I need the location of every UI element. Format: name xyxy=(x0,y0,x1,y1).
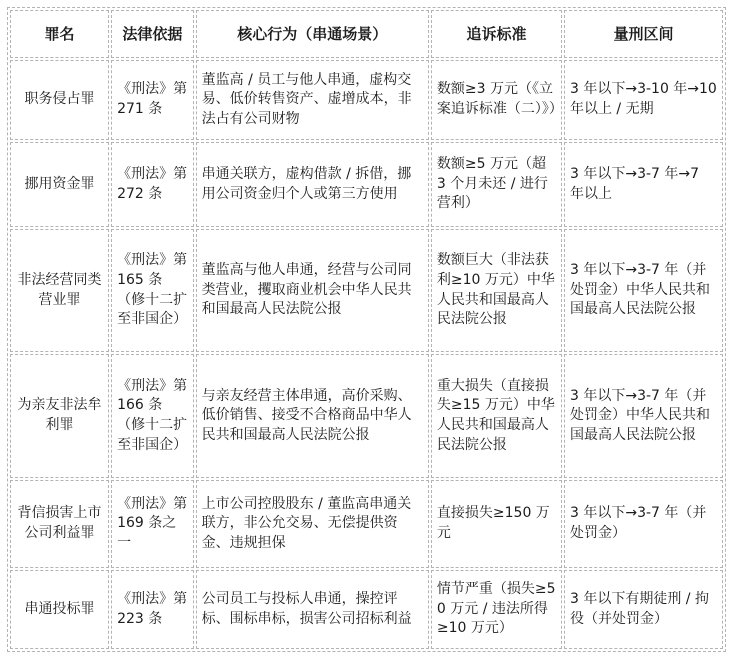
prosecution-standard-cell: 直接损失≥150 万元 xyxy=(431,480,562,568)
header-core-behavior: 核心行为（串通场景） xyxy=(196,10,429,58)
sentencing-range-cell: 3 年以下→3-7 年（并处罚金）中华人民共和国最高人民法院公报 xyxy=(564,229,723,352)
table-row: 背信损害上市公司利益罪 《刑法》第 169 条之一 上市公司控股股东 / 董监高… xyxy=(10,480,723,568)
crime-name-cell: 挪用资金罪 xyxy=(10,142,109,227)
prosecution-standard-cell: 数额≥3 万元（《立案追诉标准（二）》） xyxy=(431,60,562,140)
core-behavior-cell: 董监高与他人串通，经营与公司同类营业，攫取商业机会中华人民共和国最高人民法院公报 xyxy=(196,229,429,352)
table-row: 非法经营同类营业罪 《刑法》第 165 条（修十二扩至非国企） 董监高与他人串通… xyxy=(10,229,723,352)
core-behavior-cell: 上市公司控股股东 / 董监高串通关联方，非公允交易、无偿提供资金、违规担保 xyxy=(196,480,429,568)
table-row: 挪用资金罪 《刑法》第 272 条 串通关联方，虚构借款 / 拆借，挪用公司资金… xyxy=(10,142,723,227)
sentencing-range-cell: 3 年以下→3-10 年→10 年以上 / 无期 xyxy=(564,60,723,140)
sentencing-range-cell: 3 年以下→3-7 年→7 年以上 xyxy=(564,142,723,227)
header-prosecution-standard: 追诉标准 xyxy=(431,10,562,58)
legal-basis-cell: 《刑法》第 166 条（修十二扩至非国企） xyxy=(111,354,194,478)
header-legal-basis: 法律依据 xyxy=(111,10,194,58)
legal-basis-cell: 《刑法》第 272 条 xyxy=(111,142,194,227)
sentencing-range-cell: 3 年以下→3-7 年（并处罚金）中华人民共和国最高人民法院公报 xyxy=(564,354,723,478)
prosecution-standard-cell: 重大损失（直接损失≥15 万元）中华人民共和国最高人民法院公报 xyxy=(431,354,562,478)
legal-basis-cell: 《刑法》第 223 条 xyxy=(111,570,194,649)
crime-name-cell: 非法经营同类营业罪 xyxy=(10,229,109,352)
sentencing-range-cell: 3 年以下→3-7 年（并处罚金） xyxy=(564,480,723,568)
table-row: 职务侵占罪 《刑法》第 271 条 董监高 / 员工与他人串通，虚构交易、低价转… xyxy=(10,60,723,140)
collusion-crimes-table: 罪名 法律依据 核心行为（串通场景） 追诉标准 量刑区间 职务侵占罪 《刑法》第… xyxy=(7,7,726,652)
core-behavior-cell: 与亲友经营主体串通，高价采购、低价销售、接受不合格商品中华人民共和国最高人民法院… xyxy=(196,354,429,478)
legal-basis-cell: 《刑法》第 271 条 xyxy=(111,60,194,140)
crime-name-cell: 为亲友非法牟利罪 xyxy=(10,354,109,478)
header-sentencing-range: 量刑区间 xyxy=(564,10,723,58)
table-row: 为亲友非法牟利罪 《刑法》第 166 条（修十二扩至非国企） 与亲友经营主体串通… xyxy=(10,354,723,478)
header-crime-name: 罪名 xyxy=(10,10,109,58)
crime-name-cell: 背信损害上市公司利益罪 xyxy=(10,480,109,568)
legal-basis-cell: 《刑法》第 165 条（修十二扩至非国企） xyxy=(111,229,194,352)
sentencing-range-cell: 3 年以下有期徒刑 / 拘役（并处罚金） xyxy=(564,570,723,649)
prosecution-standard-cell: 数额≥5 万元（超 3 个月未还 / 进行营利） xyxy=(431,142,562,227)
core-behavior-cell: 串通关联方，虚构借款 / 拆借，挪用公司资金归个人或第三方使用 xyxy=(196,142,429,227)
table-row: 串通投标罪 《刑法》第 223 条 公司员工与投标人串通，操控评标、围标串标，损… xyxy=(10,570,723,649)
crime-name-cell: 职务侵占罪 xyxy=(10,60,109,140)
core-behavior-cell: 董监高 / 员工与他人串通，虚构交易、低价转售资产、虚增成本，非法占有公司财物 xyxy=(196,60,429,140)
core-behavior-cell: 公司员工与投标人串通，操控评标、围标串标，损害公司招标利益 xyxy=(196,570,429,649)
prosecution-standard-cell: 情节严重（损失≥50 万元 / 违法所得≥10 万元） xyxy=(431,570,562,649)
crime-name-cell: 串通投标罪 xyxy=(10,570,109,649)
table-header-row: 罪名 法律依据 核心行为（串通场景） 追诉标准 量刑区间 xyxy=(10,10,723,58)
legal-basis-cell: 《刑法》第 169 条之一 xyxy=(111,480,194,568)
prosecution-standard-cell: 数额巨大（非法获利≥10 万元）中华人民共和国最高人民法院公报 xyxy=(431,229,562,352)
